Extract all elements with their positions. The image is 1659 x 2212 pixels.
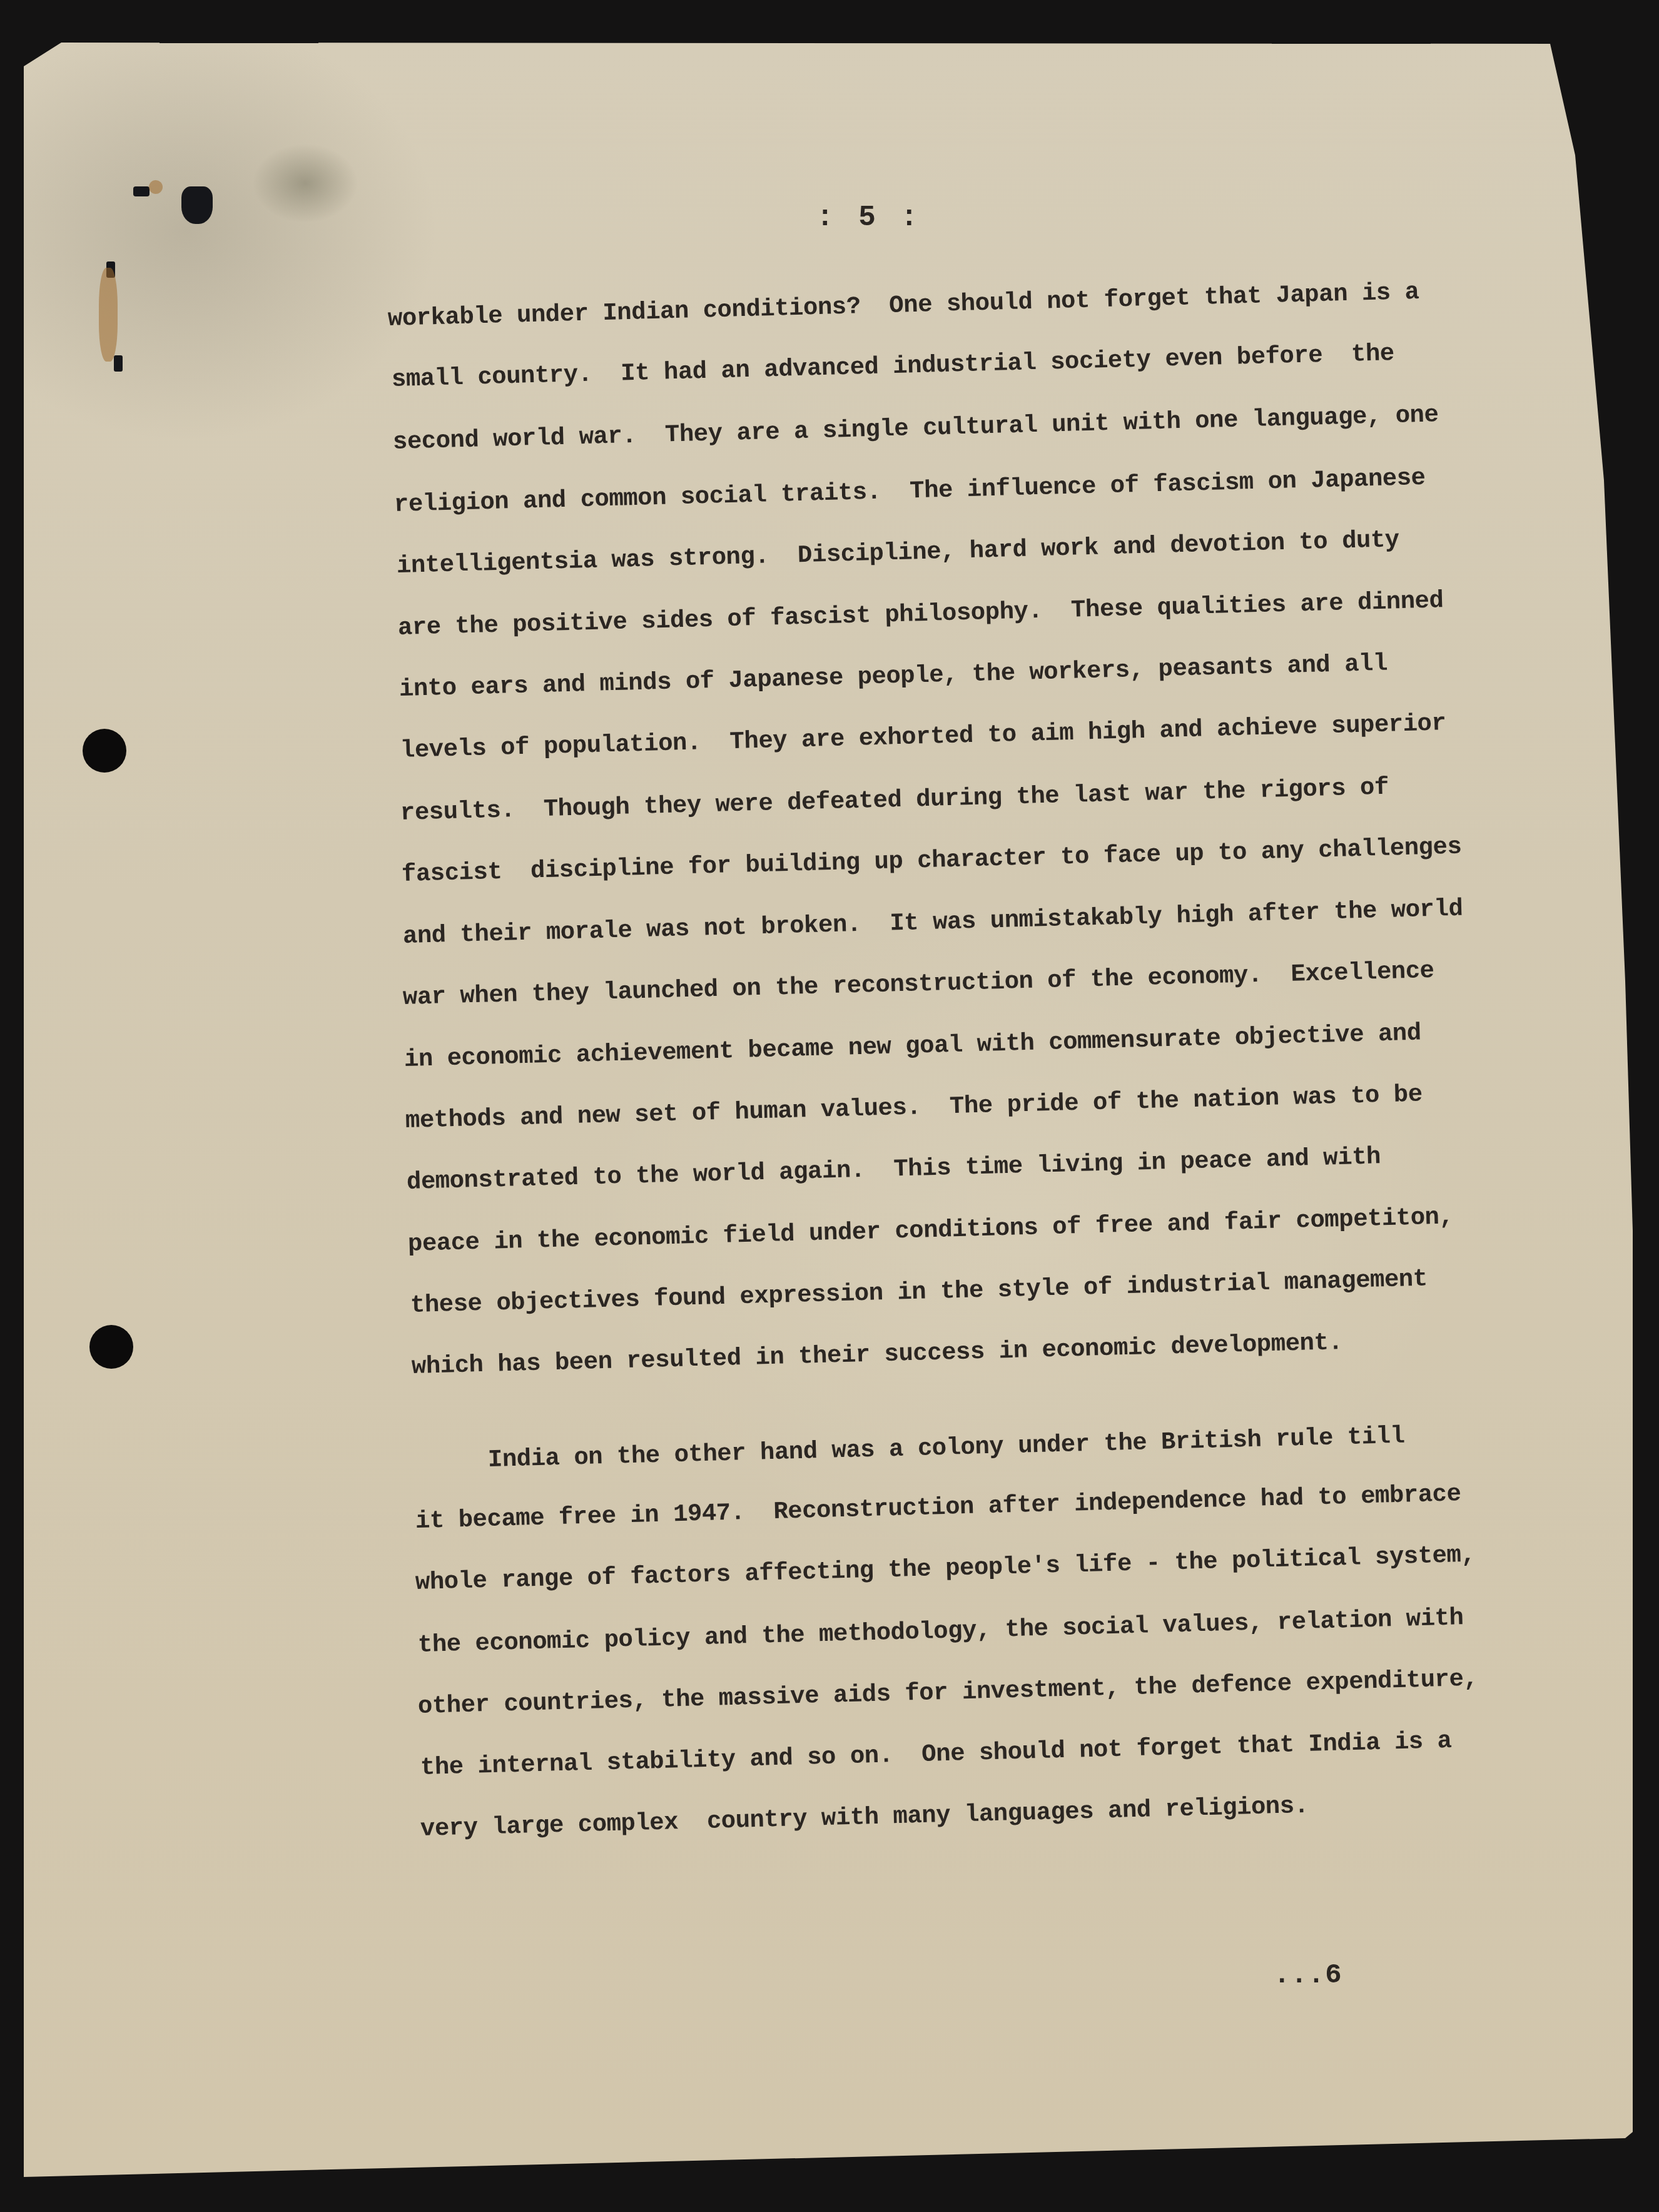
staple-hole	[133, 186, 150, 196]
binder-punch-hole	[83, 729, 126, 773]
staple-hole	[114, 355, 123, 372]
page-number: : 5 :	[816, 201, 921, 234]
continuation-marker: ...6	[1274, 1960, 1342, 1991]
rust-stain	[99, 268, 118, 362]
torn-staple-hole	[181, 186, 213, 224]
binder-punch-hole	[89, 1325, 133, 1369]
rust-stain	[149, 180, 163, 194]
